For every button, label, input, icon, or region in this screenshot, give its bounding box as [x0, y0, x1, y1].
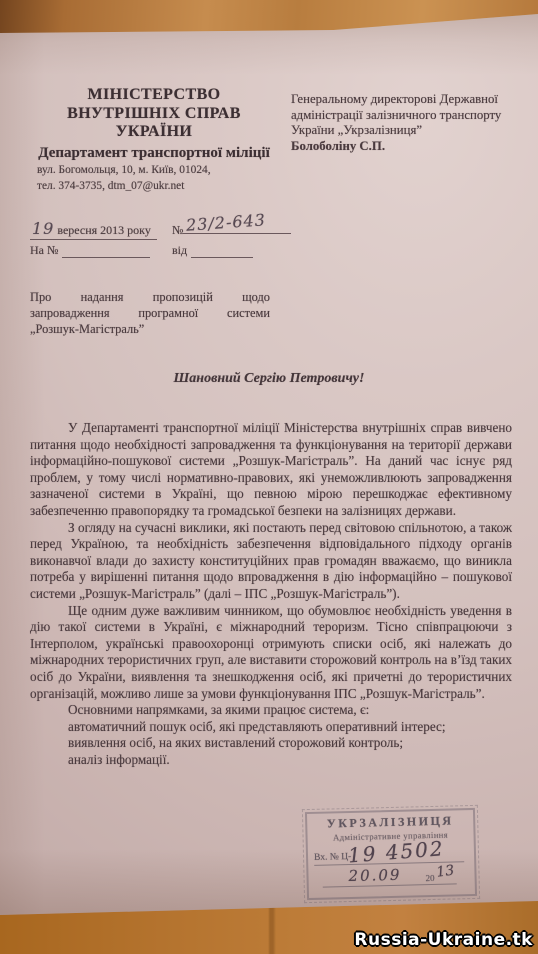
- vid-label: від: [172, 243, 187, 257]
- letterhead: МІНІСТЕРСТВО ВНУТРІШНІХ СПРАВ УКРАЇНИ Де…: [28, 86, 280, 193]
- number-label: №: [172, 223, 183, 237]
- recipient-block: Генеральному директорові Державної адмін…: [291, 92, 535, 154]
- list-item: автоматичний пошук осіб, які представляю…: [30, 719, 512, 736]
- date-text: вересня 2013 року: [57, 223, 150, 237]
- blank-line: [62, 245, 150, 258]
- ministry-line-2: ВНУТРІШНІХ СПРАВ: [28, 105, 280, 124]
- letterhead-address: вул. Богомольця, 10, м. Київ, 01024,: [28, 164, 280, 178]
- stamp-date-handwritten: 20.09: [348, 866, 401, 885]
- ministry-line-1: МІНІСТЕРСТВО: [28, 86, 280, 105]
- stamp-incoming-label: Вх. № Ц-: [314, 852, 351, 863]
- stamp-incoming-row: Вх. № Ц- 19 4502: [314, 842, 464, 866]
- incoming-stamp: УКРЗАЛІЗНИЦЯ Адміністративне управління …: [305, 808, 477, 900]
- paragraph-1: У Департаменті транспортної міліції Міні…: [30, 420, 512, 520]
- paragraph-2: З огляду на сучасні виклики, які постают…: [30, 520, 512, 603]
- ministry-line-3: УКРАЇНИ: [28, 123, 280, 142]
- stamp-year-handwritten: 13: [436, 863, 456, 881]
- stamp-year-prefix: 20: [425, 873, 434, 883]
- list-item: аналіз інформації.: [30, 752, 512, 769]
- handwritten-day: 19: [32, 219, 54, 238]
- reply-to-number: На №: [30, 243, 150, 258]
- recipient-line-3: України „Укрзалізниця”: [291, 123, 535, 139]
- recipient-line-1: Генеральному директорові Державної: [291, 92, 535, 108]
- site-watermark: Russia-Ukraine.tk: [354, 930, 533, 950]
- ministry-name: МІНІСТЕРСТВО ВНУТРІШНІХ СПРАВ УКРАЇНИ: [28, 86, 280, 142]
- letterhead-contact: тел. 374-3735, dtm_07@ukr.net: [28, 180, 280, 194]
- list-item: виявлення осіб, на яких виставлений стор…: [30, 735, 512, 752]
- na-label: На №: [30, 243, 58, 257]
- blank-line: 23/2-643: [183, 219, 291, 234]
- letter-body: У Департаменті транспортної міліції Міні…: [30, 420, 512, 768]
- stamp-date-row: 20.09 20 13: [322, 866, 456, 887]
- handwritten-number: 23/2-643: [185, 210, 266, 235]
- recipient-line-2: адміністрації залізничного транспорту: [291, 108, 535, 124]
- reply-to-date: від: [172, 243, 253, 258]
- recipient-name: Болоболіну С.П.: [291, 139, 535, 155]
- list-intro: Основними напрямками, за якими працює си…: [30, 702, 512, 719]
- salutation: Шановний Сергію Петровичу!: [0, 371, 538, 387]
- document-photo: МІНІСТЕРСТВО ВНУТРІШНІХ СПРАВ УКРАЇНИ Де…: [0, 0, 538, 954]
- paragraph-3: Ще одним дуже важливим чинником, що обум…: [30, 603, 512, 703]
- subject-block: Про надання пропозицій щодо запровадженн…: [30, 290, 270, 337]
- department-name: Департамент транспортної міліції: [28, 145, 280, 163]
- letter-date: 19 вересня 2013 року: [30, 219, 157, 240]
- letter-number: №23/2-643: [172, 219, 291, 238]
- letter-paper: МІНІСТЕРСТВО ВНУТРІШНІХ СПРАВ УКРАЇНИ Де…: [0, 0, 538, 954]
- blank-line: [191, 245, 253, 258]
